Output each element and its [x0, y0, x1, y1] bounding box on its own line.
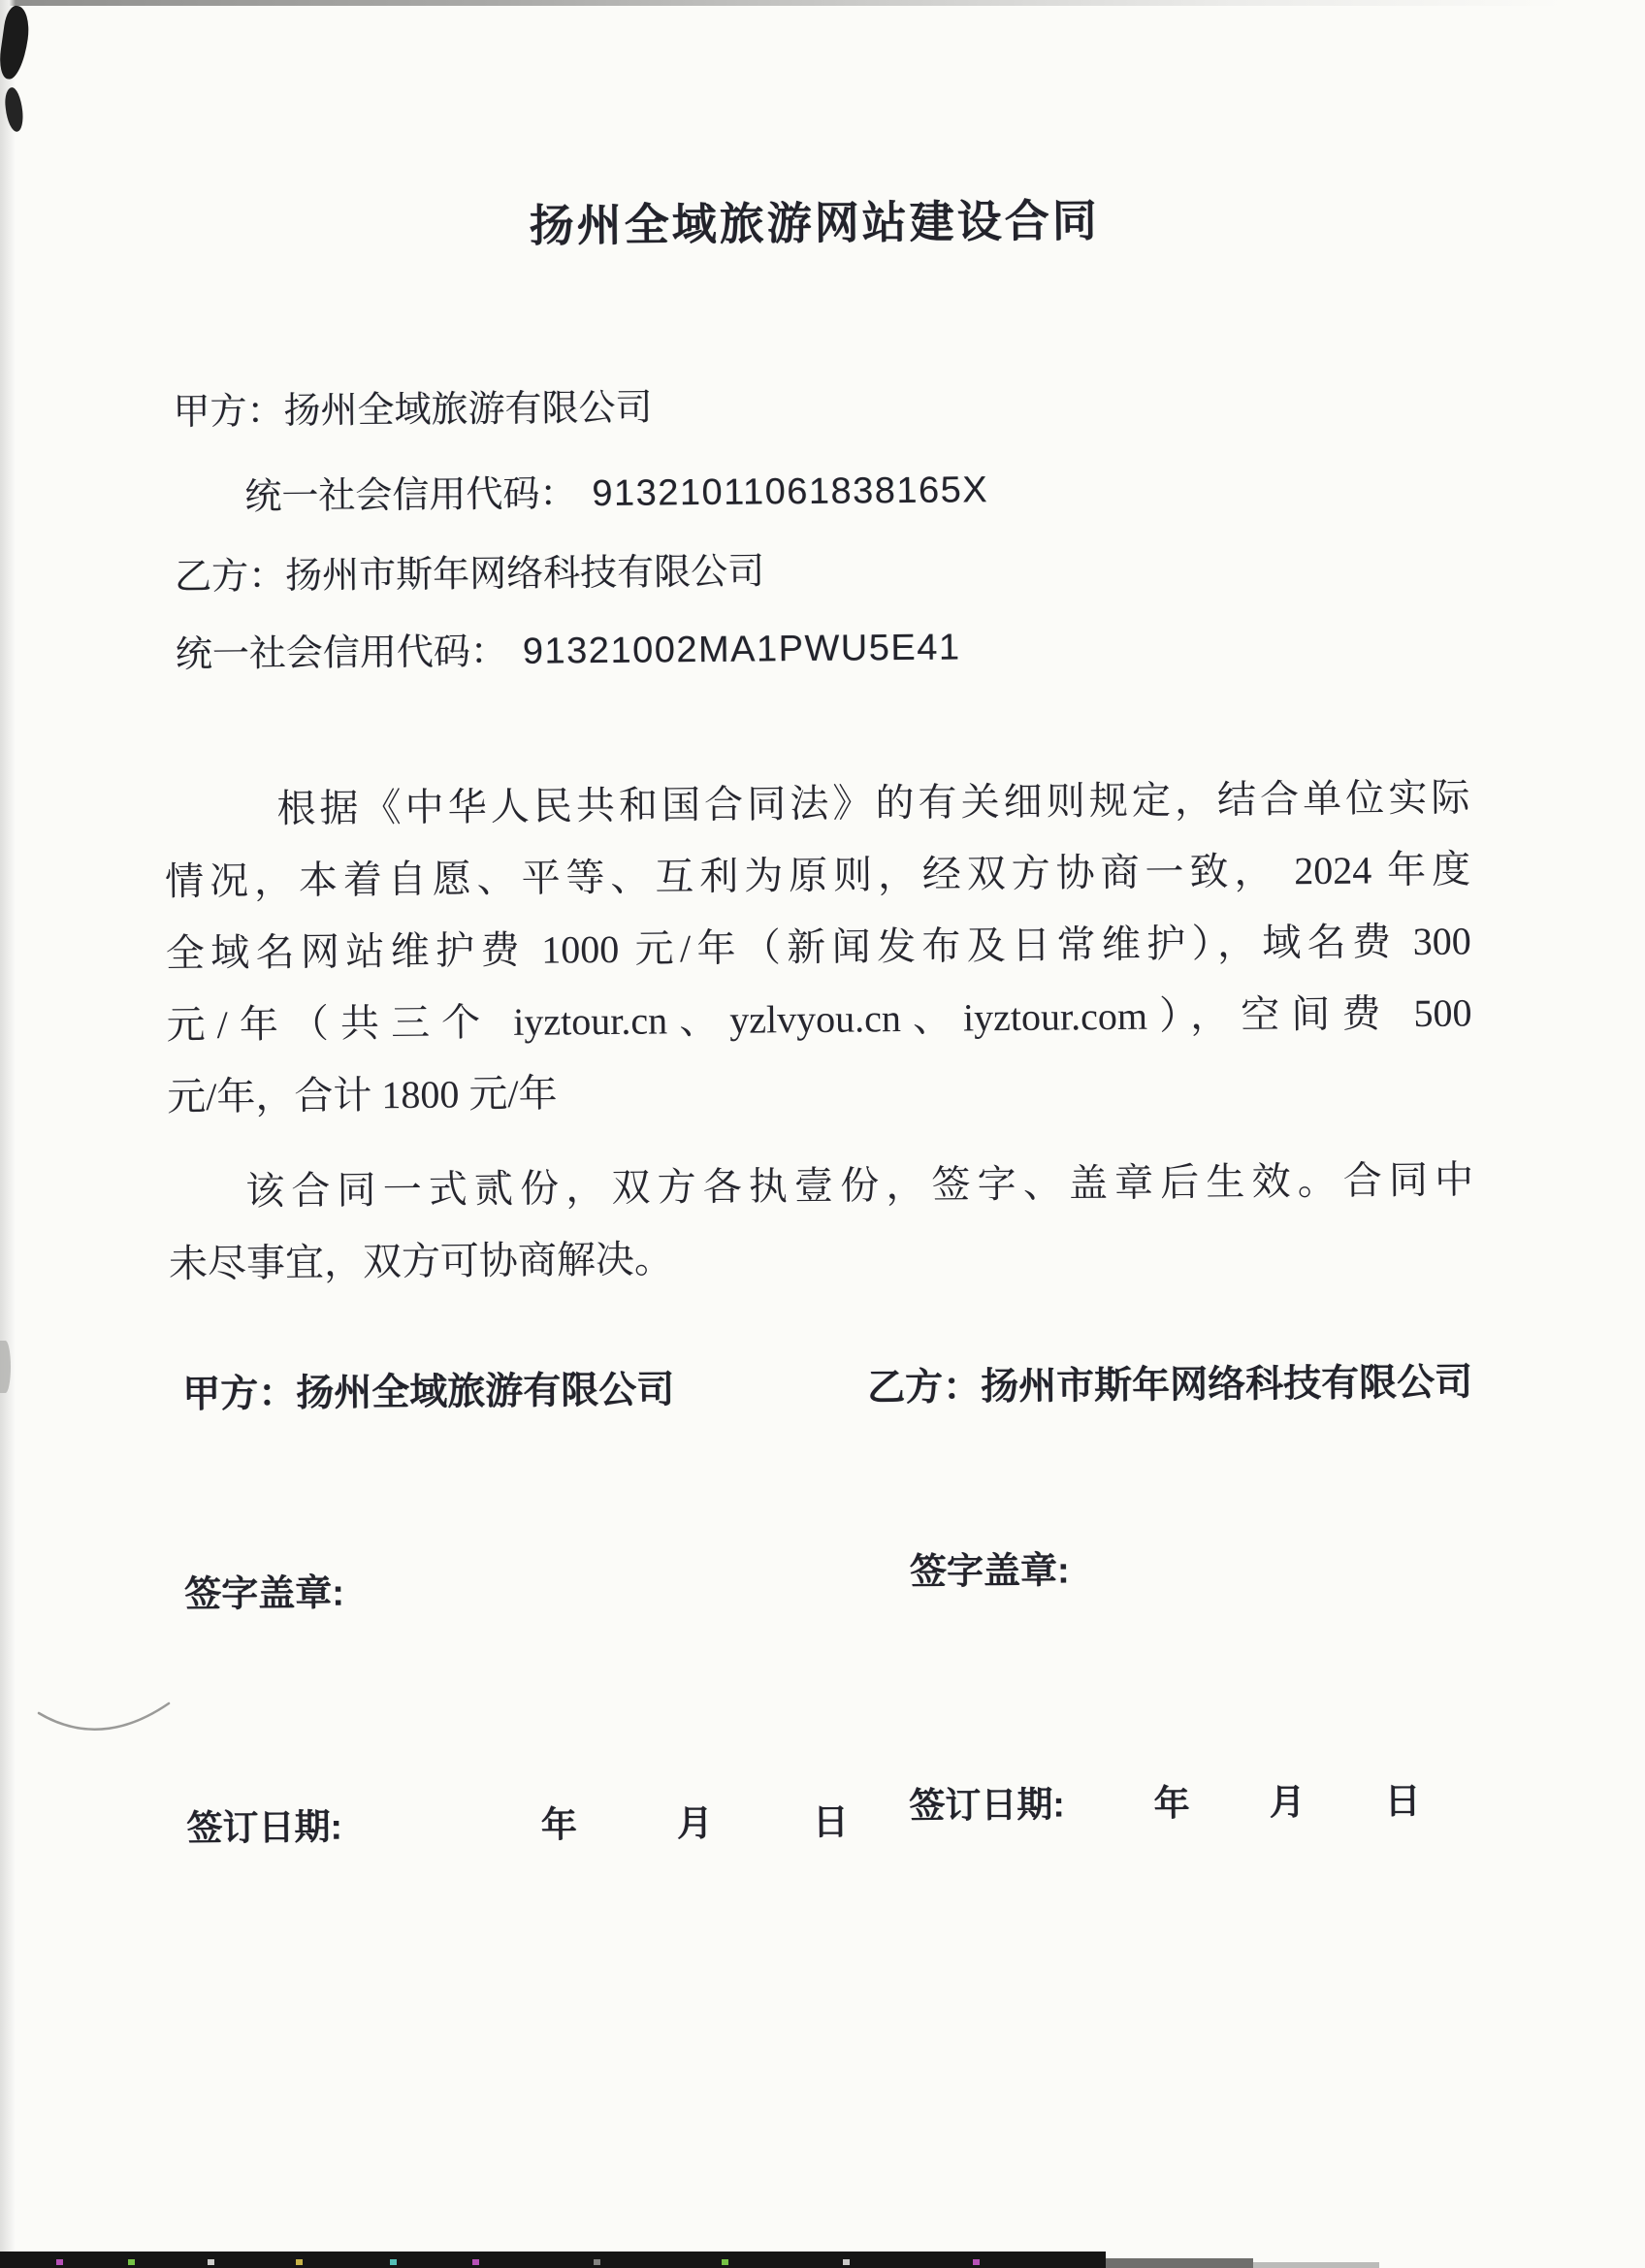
party-a-name: 扬州全域旅游有限公司	[283, 388, 652, 433]
contract-body-line: 未尽事宜，双方可协商解决。	[169, 1215, 1475, 1300]
date-label: 签订日期:	[186, 1798, 342, 1852]
scan-noise-speck	[128, 2259, 135, 2265]
contract-sheet: 扬州全域旅游网站建设合同 甲方：扬州全域旅游有限公司 统一社会信用代码：9132…	[0, 0, 1645, 2268]
scan-top-edge-shadow	[0, 0, 1645, 6]
scan-noise-speck	[594, 2259, 600, 2265]
date-year-placeholder: 年	[1153, 1773, 1190, 1826]
contract-body-line: 根据《中华人民共和国合同法》的有关细则规定，结合单位实际	[164, 761, 1470, 846]
date-label: 签订日期:	[909, 1775, 1065, 1830]
scan-noise-speck	[296, 2259, 303, 2265]
scan-noise-speck	[973, 2259, 980, 2265]
party-b-line: 乙方：扬州市斯年网络科技有限公司	[175, 540, 765, 599]
party-a-credit-label: 统一社会信用代码：	[244, 473, 576, 517]
party-b-label: 乙方：	[175, 556, 285, 598]
scan-noise-speck	[843, 2259, 850, 2265]
scan-bottom-noise-band-mid	[1106, 2258, 1253, 2268]
contract-title: 扬州全域旅游网站建设合同	[0, 180, 1637, 260]
party-a-label: 甲方：	[173, 391, 283, 433]
signature-party-b: 乙方：扬州市斯年网络科技有限公司	[867, 1351, 1473, 1411]
party-b-credit-line: 统一社会信用代码：91321002MA1PWU5E41	[176, 616, 961, 677]
party-a-credit-line: 统一社会信用代码：91321011061838165X	[244, 459, 988, 519]
date-row-left: 签订日期: 年 月 日	[186, 1793, 849, 1852]
scan-bottom-noise-band	[0, 2252, 1106, 2268]
scan-noise-speck	[208, 2259, 214, 2265]
scan-noise-speck	[472, 2259, 479, 2265]
party-a-line: 甲方：扬州全域旅游有限公司	[173, 377, 653, 436]
contract-body-line: 全域名网站维护费 1000 元/年（新闻发布及日常维护），域名费 300	[166, 905, 1472, 989]
scan-noise-speck	[722, 2259, 728, 2265]
date-year-placeholder: 年	[541, 1795, 578, 1847]
date-day-placeholder: 日	[813, 1793, 850, 1845]
scan-noise-speck	[390, 2259, 397, 2265]
sign-seal-label-right: 签字盖章:	[910, 1539, 1070, 1595]
pencil-arc-mark	[35, 1698, 177, 1754]
scanned-contract-page: 扬州全域旅游网站建设合同 甲方：扬州全域旅游有限公司 统一社会信用代码：9132…	[0, 0, 1645, 2268]
scan-noise-speck	[56, 2259, 63, 2265]
signature-party-a: 甲方：扬州全域旅游有限公司	[182, 1359, 675, 1418]
contract-body-line: 元/年，合计 1800 元/年	[167, 1049, 1473, 1133]
scan-left-edge-shadow	[0, 0, 16, 2268]
contract-body-line: 元/年（共三个 iyztour.cn、yzlvyou.cn、iyztour.co…	[166, 977, 1472, 1061]
sign-seal-label-left: 签字盖章:	[184, 1563, 344, 1618]
scan-smudge	[0, 1341, 11, 1393]
contract-body: 根据《中华人民共和国合同法》的有关细则规定，结合单位实际 情况，本着自愿、平等、…	[164, 761, 1474, 1300]
date-month-placeholder: 月	[677, 1794, 714, 1846]
date-month-placeholder: 月	[1269, 1772, 1306, 1825]
party-a-credit-code: 91321011061838165X	[592, 470, 988, 514]
date-row-right: 签订日期: 年 月 日	[909, 1771, 1421, 1829]
party-b-credit-code: 91321002MA1PWU5E41	[523, 627, 961, 671]
party-b-credit-label: 统一社会信用代码：	[176, 632, 507, 675]
date-day-placeholder: 日	[1384, 1771, 1421, 1824]
contract-body-line: 情况，本着自愿、平等、互利为原则，经双方协商一致， 2024 年度	[165, 833, 1471, 918]
contract-body-line: 该合同一式贰份，双方各执壹份，签字、盖章后生效。合同中	[168, 1144, 1474, 1228]
signature-parties-row: 甲方：扬州全域旅游有限公司 乙方：扬州市斯年网络科技有限公司	[182, 1351, 1472, 1418]
scan-bottom-noise-band-faint	[1253, 2262, 1379, 2268]
party-b-name: 扬州市斯年网络科技有限公司	[285, 551, 764, 597]
